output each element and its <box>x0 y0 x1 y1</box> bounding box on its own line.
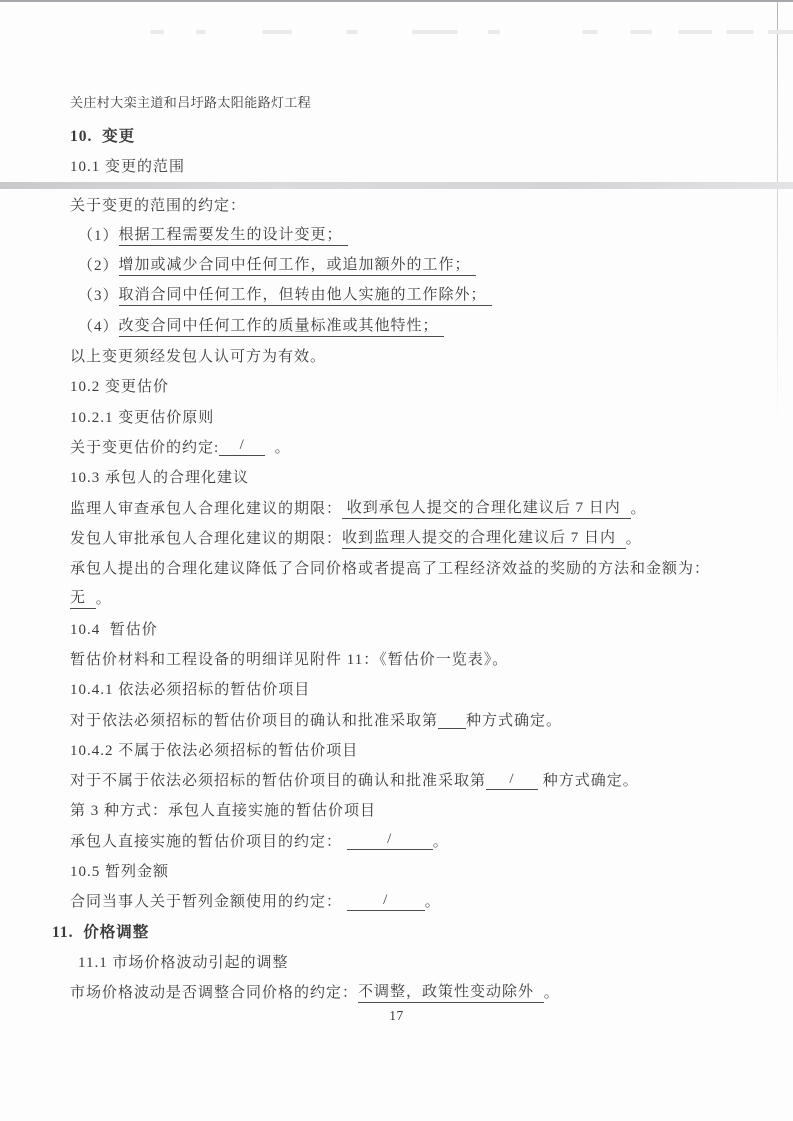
text-segment: 11.1 市场价格波动引起的调整 <box>78 951 288 972</box>
text-segment: 10.4 暂估价 <box>70 618 158 639</box>
document-line: 10.4 暂估价 <box>0 613 793 643</box>
text-segment: （2） <box>78 254 119 275</box>
text-segment: 改变合同中任何工作的质量标准或其他特性； <box>119 314 444 337</box>
document-line: 10.2 变更估价 <box>0 371 793 401</box>
document-line: （1）根据工程需要发生的设计变更； <box>0 219 793 249</box>
blank-field: / <box>347 830 433 850</box>
document-line: 关于变更估价的约定:/ 。 <box>0 431 793 461</box>
document-line: （4）改变合同中任何工作的质量标准或其他特性； <box>0 310 793 340</box>
document-line: 发包人审批承包人合理化建议的期限：收到监理人提交的合理化建议后 7 日内 。 <box>0 522 793 552</box>
text-segment: 增加或减少合同中任何工作，或追加额外的工作； <box>119 253 476 276</box>
document-line: （3）取消合同中任何工作，但转由他人实施的工作除外； <box>0 280 793 310</box>
text-segment: 。 <box>626 527 642 548</box>
scan-smudge <box>630 30 652 34</box>
text-segment: 10.4.2 不属于依法必须招标的暂估价项目 <box>70 739 358 760</box>
text-segment: 种方式确定。 <box>466 709 562 730</box>
document-line: 合同当事人关于暂列金额使用的约定： /。 <box>0 886 793 916</box>
text-segment: 10.4.1 依法必须招标的暂估价项目 <box>70 678 310 699</box>
document-line: 监理人审查承包人合理化建议的期限： 收到承包人提交的合理化建议后 7 日内 。 <box>0 492 793 522</box>
document-line: 承包人提出的合理化建议降低了合同价格或者提高了工程经济效益的奖励的方法和金额为： <box>0 552 793 582</box>
text-segment: 对于依法必须招标的暂估价项目的确认和批准采取第 <box>70 709 438 730</box>
text-segment: 。 <box>425 890 441 911</box>
text-segment: （4） <box>78 315 119 336</box>
text-segment: 10.3 承包人的合理化建议 <box>70 466 249 487</box>
document-line: 关于变更的范围的约定： <box>0 189 793 219</box>
text-segment: 监理人审查承包人合理化建议的期限： <box>70 497 342 518</box>
text-segment: 。 <box>544 981 560 1002</box>
document-line: 10.5 暂列金额 <box>0 855 793 885</box>
document-line: 承包人直接实施的暂估价项目的约定： /。 <box>0 825 793 855</box>
document-line: 无 。 <box>0 583 793 613</box>
text-segment: 11. 价格调整 <box>52 920 149 942</box>
text-segment: 10.5 暂列金额 <box>70 860 169 881</box>
scan-smudge <box>150 30 164 34</box>
scan-top-edge-artifact <box>0 0 793 2</box>
scan-smudge <box>582 30 598 34</box>
text-segment: 10.2.1 变更估价原则 <box>70 406 214 427</box>
text-segment: 以上变更须经发包人认可方为有效。 <box>70 345 326 366</box>
document-line: 第 3 种方式：承包人直接实施的暂估价项目 <box>0 795 793 825</box>
text-segment: 关于变更估价的约定: <box>70 436 219 457</box>
page-number: 17 <box>0 1008 793 1024</box>
text-segment: （3） <box>78 284 119 305</box>
text-segment: 发包人审批承包人合理化建议的期限： <box>70 527 342 548</box>
text-segment: 承包人直接实施的暂估价项目的约定： <box>70 830 347 851</box>
text-segment: 10.2 变更估价 <box>70 375 169 396</box>
text-segment: 市场价格波动是否调整合同价格的约定： <box>70 981 358 1002</box>
scan-smudge <box>678 30 712 34</box>
text-segment: 关庄村大栾主道和吕圩路太阳能路灯工程 <box>70 92 311 111</box>
document-body: 关庄村大栾主道和吕圩路太阳能路灯工程10. 变更10.1 变更的范围关于变更的范… <box>0 86 793 1007</box>
document-line: 10. 变更 <box>0 120 793 150</box>
document-line: 对于不属于依法必须招标的暂估价项目的确认和批准采取第/ 种方式确定。 <box>0 765 793 795</box>
scan-smudge-row <box>150 30 750 35</box>
text-segment: （1） <box>78 224 119 245</box>
document-line: 关庄村大栾主道和吕圩路太阳能路灯工程 <box>0 86 793 116</box>
scan-smudge <box>346 30 358 34</box>
text-segment: 根据工程需要发生的设计变更； <box>119 223 348 246</box>
blank-field <box>438 709 466 729</box>
document-line: （2）增加或减少合同中任何工作，或追加额外的工作； <box>0 249 793 279</box>
text-segment: 不调整，政策性变动除外 <box>358 980 544 1003</box>
text-segment: 承包人提出的合理化建议降低了合同价格或者提高了工程经济效益的奖励的方法和金额为： <box>70 557 710 578</box>
blank-field: / <box>219 436 265 456</box>
scan-smudge <box>196 30 206 34</box>
document-line: 10.2.1 变更估价原则 <box>0 401 793 431</box>
text-segment: 。 <box>265 436 291 457</box>
text-segment: 取消合同中任何工作，但转由他人实施的工作除外； <box>119 283 492 306</box>
text-segment: 无 <box>70 586 96 609</box>
text-segment: 合同当事人关于暂列金额使用的约定： <box>70 890 347 911</box>
document-line: 10.4.2 不属于依法必须招标的暂估价项目 <box>0 734 793 764</box>
text-segment: 。 <box>433 830 449 851</box>
document-line: 对于依法必须招标的暂估价项目的确认和批准采取第种方式确定。 <box>0 704 793 734</box>
text-segment: 种方式确定。 <box>538 769 639 790</box>
document-line: 10.1 变更的范围 <box>0 151 793 181</box>
scan-smudge <box>726 30 754 34</box>
text-segment: 暂估价材料和工程设备的明细详见附件 11：《暂估价一览表》。 <box>70 648 508 669</box>
document-line: 10.4.1 依法必须招标的暂估价项目 <box>0 674 793 704</box>
blank-field: / <box>347 891 425 911</box>
blank-field: / <box>486 770 538 790</box>
text-segment: 关于变更的范围的约定： <box>70 194 246 215</box>
text-segment: 10. 变更 <box>70 124 135 146</box>
scan-smudge <box>488 30 500 34</box>
text-segment: 。 <box>96 587 112 608</box>
text-segment: 收到监理人提交的合理化建议后 7 日内 <box>342 526 626 549</box>
document-line: 11.1 市场价格波动引起的调整 <box>0 946 793 976</box>
text-segment: 10.1 变更的范围 <box>70 155 185 176</box>
text-segment: 对于不属于依法必须招标的暂估价项目的确认和批准采取第 <box>70 769 486 790</box>
document-line: 暂估价材料和工程设备的明细详见附件 11：《暂估价一览表》。 <box>0 643 793 673</box>
scan-smudge <box>768 30 793 34</box>
scan-smudge <box>262 30 292 34</box>
document-line: 以上变更须经发包人认可方为有效。 <box>0 340 793 370</box>
scan-smudge <box>412 30 458 34</box>
text-segment: 第 3 种方式：承包人直接实施的暂估价项目 <box>70 799 376 820</box>
document-line: 市场价格波动是否调整合同价格的约定：不调整，政策性变动除外 。 <box>0 977 793 1007</box>
scanned-document-page: 关庄村大栾主道和吕圩路太阳能路灯工程10. 变更10.1 变更的范围关于变更的范… <box>0 0 793 1121</box>
text-segment: 收到承包人提交的合理化建议后 7 日内 <box>342 496 631 519</box>
document-line: 11. 价格调整 <box>0 916 793 946</box>
text-segment: 。 <box>631 497 647 518</box>
document-line: 10.3 承包人的合理化建议 <box>0 462 793 492</box>
